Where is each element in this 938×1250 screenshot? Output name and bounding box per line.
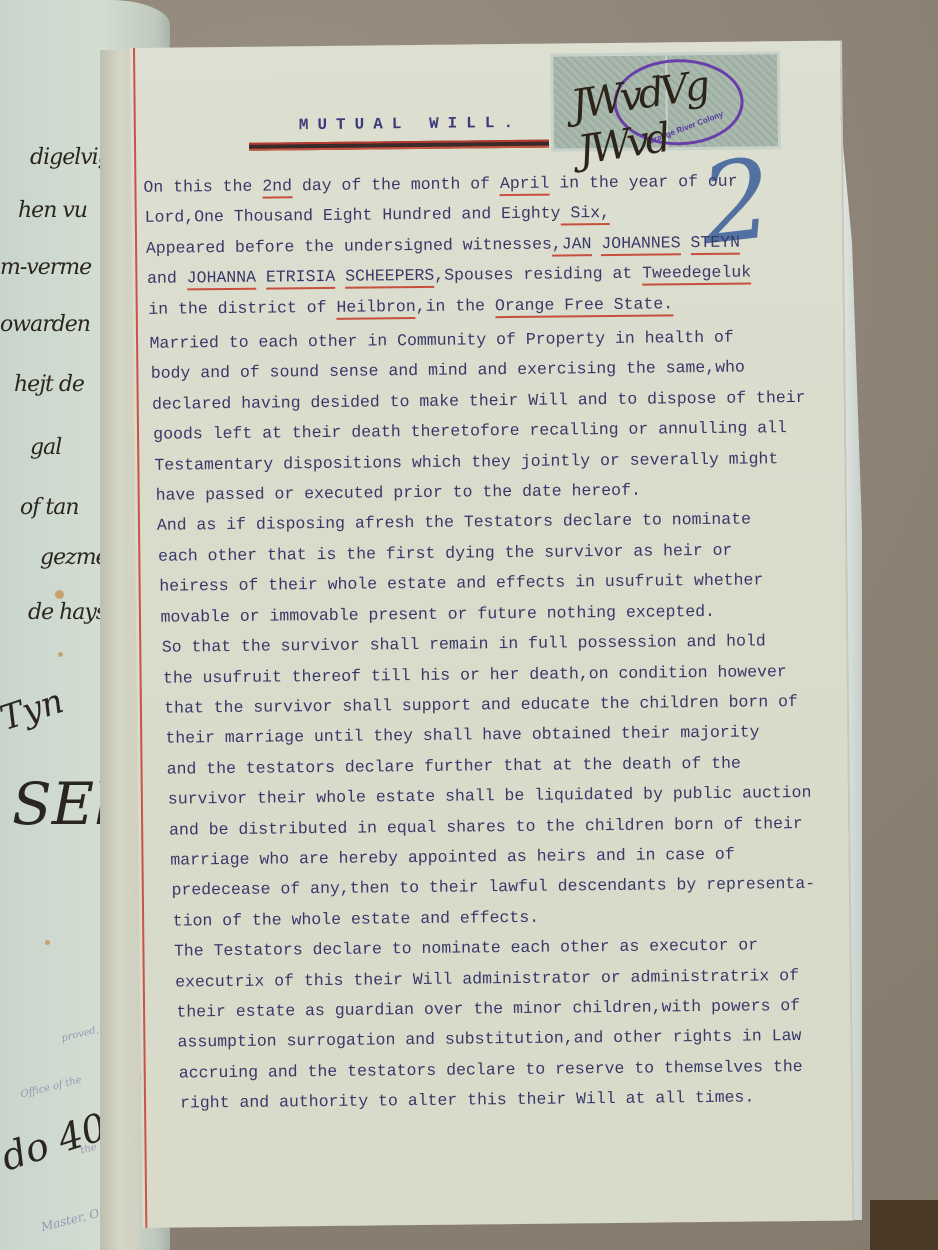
title-underline (249, 140, 549, 151)
text-segment: their marriage until they shall have obt… (165, 723, 759, 748)
text-segment: that the survivor shall support and educ… (164, 692, 798, 718)
text-segment: So that the survivor shall remain in ful… (162, 631, 766, 656)
text-segment: And as if disposing afresh the Testators… (157, 510, 751, 535)
underlined-text: SCHEEPERS (345, 266, 434, 289)
text-segment: movable or immovable present or future n… (160, 602, 715, 627)
underlined-text: JOHANNES (601, 233, 680, 256)
text-segment: right and authority to alter this their … (180, 1088, 754, 1113)
text-segment: marriage who are hereby appointed as hei… (170, 845, 735, 870)
will-body-text: On this the 2nd day of the month of Apri… (143, 166, 843, 1120)
underlined-text: Six, (560, 203, 610, 226)
handwriting-fragment: digelvig (30, 145, 111, 170)
ink-stain (45, 940, 50, 945)
text-segment (680, 233, 690, 252)
will-document-page: MUTUAL WILL. Orange River Colony JWvdVg … (130, 41, 852, 1228)
text-segment: ,in the (416, 296, 495, 316)
text-segment: declared having desided to make their Wi… (152, 388, 806, 414)
underlined-text: 2nd (262, 176, 292, 198)
document-title: MUTUAL WILL. (299, 114, 522, 134)
text-segment: goods left at their death theretofore re… (153, 418, 787, 444)
ink-stain (55, 590, 64, 599)
underlined-text: ,JAN (552, 234, 592, 256)
handwriting-fragment: de hays (28, 600, 106, 625)
underlined-text: ETRISIA (266, 267, 336, 290)
underlined-text: Orange Free State. (495, 294, 673, 318)
text-segment: survivor their whole estate shall be liq… (168, 783, 812, 809)
ink-stain (58, 652, 63, 657)
text-segment: have passed or executed prior to the dat… (156, 481, 641, 505)
handwriting-fragment: of tan (20, 495, 79, 520)
text-segment: in the year of our (549, 172, 737, 193)
text-segment: day of the month of (292, 174, 500, 195)
signature-fragment: Tyn (0, 681, 68, 739)
text-segment (335, 267, 345, 286)
underlined-text: Tweedegeluk (642, 263, 751, 286)
text-segment: Appeared before the undersigned witnesse… (146, 234, 552, 257)
handwriting-fragment: gal (30, 435, 61, 460)
underlined-text: JOHANNA (187, 268, 257, 291)
text-segment: and (147, 269, 187, 288)
text-segment: Lord,One Thousand Eight Hundred and Eigh… (145, 204, 561, 227)
text-segment: their estate as guardian over the minor … (176, 996, 800, 1022)
text-line: in the district of Heilbron,in the Orang… (148, 287, 838, 325)
text-segment: Testamentary dispositions which they joi… (154, 449, 778, 475)
table-surface (870, 1200, 938, 1250)
text-segment: tion of the whole estate and effects. (173, 908, 540, 931)
text-segment: ,Spouses residing at (434, 264, 642, 285)
text-segment: and the testators declare further that a… (167, 753, 741, 778)
underlined-text: April (500, 174, 550, 197)
handwriting-fragment: m-verme (0, 255, 91, 280)
underlined-text: STEYN (690, 232, 740, 255)
text-segment: predecease of any,then to their lawful d… (171, 874, 815, 900)
printed-fragment: Office of the (20, 1075, 83, 1101)
text-segment (256, 268, 266, 287)
text-segment: in the district of (148, 297, 336, 318)
handwriting-fragment: owarden (0, 312, 90, 337)
text-segment: and be distributed in equal shares to th… (169, 814, 803, 840)
text-segment: body and of sound sense and mind and exe… (151, 358, 745, 383)
handwriting-fragment: hejt de (14, 372, 84, 397)
text-segment: executrix of this their Will administrat… (175, 966, 799, 992)
text-segment: The Testators declare to nominate each o… (174, 936, 758, 961)
handwriting-fragment: hen vu (18, 198, 87, 223)
text-segment: accruing and the testators declare to re… (179, 1057, 803, 1083)
text-segment: assumption surrogation and substitution,… (178, 1026, 802, 1052)
text-segment: On this the (143, 177, 262, 197)
text-line: right and authority to alter this their … (180, 1081, 870, 1119)
text-segment: heiress of their whole estate and effect… (159, 571, 763, 596)
text-segment: the usufruit thereof till his or her dea… (163, 662, 787, 688)
underlined-text: Heilbron (336, 297, 415, 320)
text-segment: Married to each other in Community of Pr… (149, 328, 733, 353)
text-segment: each other that is the first dying the s… (158, 541, 732, 566)
